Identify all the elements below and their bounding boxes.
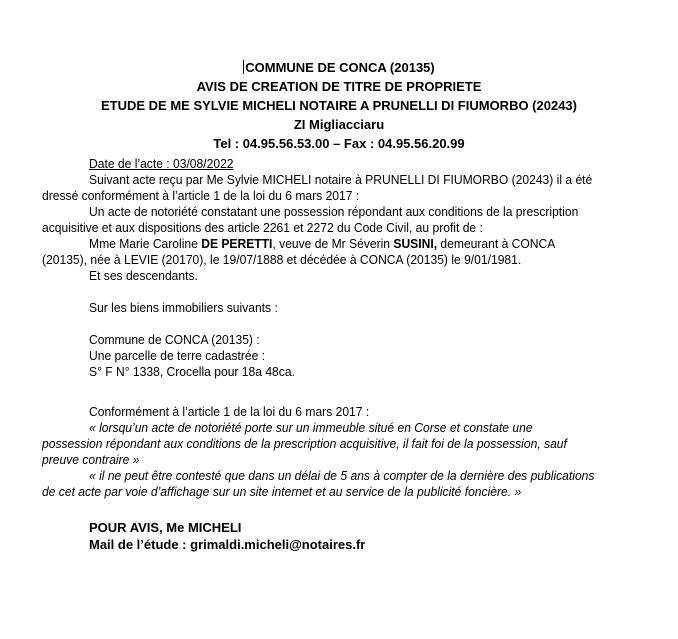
quote2-line2: de cet acte par voie d’affichage sur un … (42, 484, 521, 500)
paragraph-notoriety-line2: acquisitive et aux dispositions des arti… (42, 220, 483, 236)
quote1-line2: possession répondant aux conditions de l… (42, 436, 567, 452)
header-commune: COMMUNE DE CONCA (20135) (0, 58, 678, 77)
paragraph-act-line2: dressé conformément à l’article 1 de la … (42, 188, 359, 204)
office-email: Mail de l’étude : grimaldi.micheli@notai… (89, 537, 365, 553)
beneficiary-line2: (20135), née à LEVIE (20170), le 19/07/1… (42, 252, 521, 268)
beneficiary-line1: Mme Marie Caroline DE PERETTI, veuve de … (89, 236, 555, 252)
spouse-surname: SUSINI, (393, 236, 437, 251)
header-commune-text: COMMUNE DE CONCA (20135) (245, 60, 435, 75)
header-contact: Tel : 04.95.56.53.00 – Fax : 04.95.56.20… (0, 134, 678, 153)
document-page: COMMUNE DE CONCA (20135) AVIS DE CREATIO… (0, 0, 678, 639)
beneficiary-text: , veuve de Mr Séverin (272, 236, 393, 251)
header-title: AVIS DE CREATION DE TITRE DE PROPRIETE (0, 77, 678, 96)
beneficiary-surname: DE PERETTI (201, 236, 272, 251)
paragraph-act-line1: Suivant acte reçu par Me Sylvie MICHELI … (89, 172, 592, 188)
act-date: Date de l’acte : 03/08/2022 (89, 156, 234, 172)
law-reference: Conformément à l’article 1 de la loi du … (89, 404, 369, 420)
header-address: ZI Migliacciaru (0, 115, 678, 134)
beneficiary-text: demeurant à CONCA (437, 236, 555, 251)
quote1-line3: preuve contraire » (42, 452, 139, 468)
property-cadastre: S° F N° 1338, Crocella pour 18a 48ca. (89, 364, 295, 380)
header-office: ETUDE DE ME SYLVIE MICHELI NOTAIRE A PRU… (0, 96, 678, 115)
descendants: Et ses descendants. (89, 268, 198, 284)
quote2-line1: « il ne peut être contesté que dans un d… (89, 468, 594, 484)
paragraph-notoriety-line1: Un acte de notoriété constatant une poss… (89, 204, 578, 220)
beneficiary-text: Mme Marie Caroline (89, 236, 201, 251)
property-parcel: Une parcelle de terre cadastrée : (89, 348, 265, 364)
property-intro: Sur les biens immobiliers suivants : (89, 300, 278, 316)
notice-header: COMMUNE DE CONCA (20135) AVIS DE CREATIO… (0, 58, 678, 153)
quote1-line1: « lorsqu’un acte de notoriété porte sur … (89, 420, 533, 436)
signature-line: POUR AVIS, Me MICHELI (89, 520, 241, 536)
property-commune: Commune de CONCA (20135) : (89, 332, 260, 348)
